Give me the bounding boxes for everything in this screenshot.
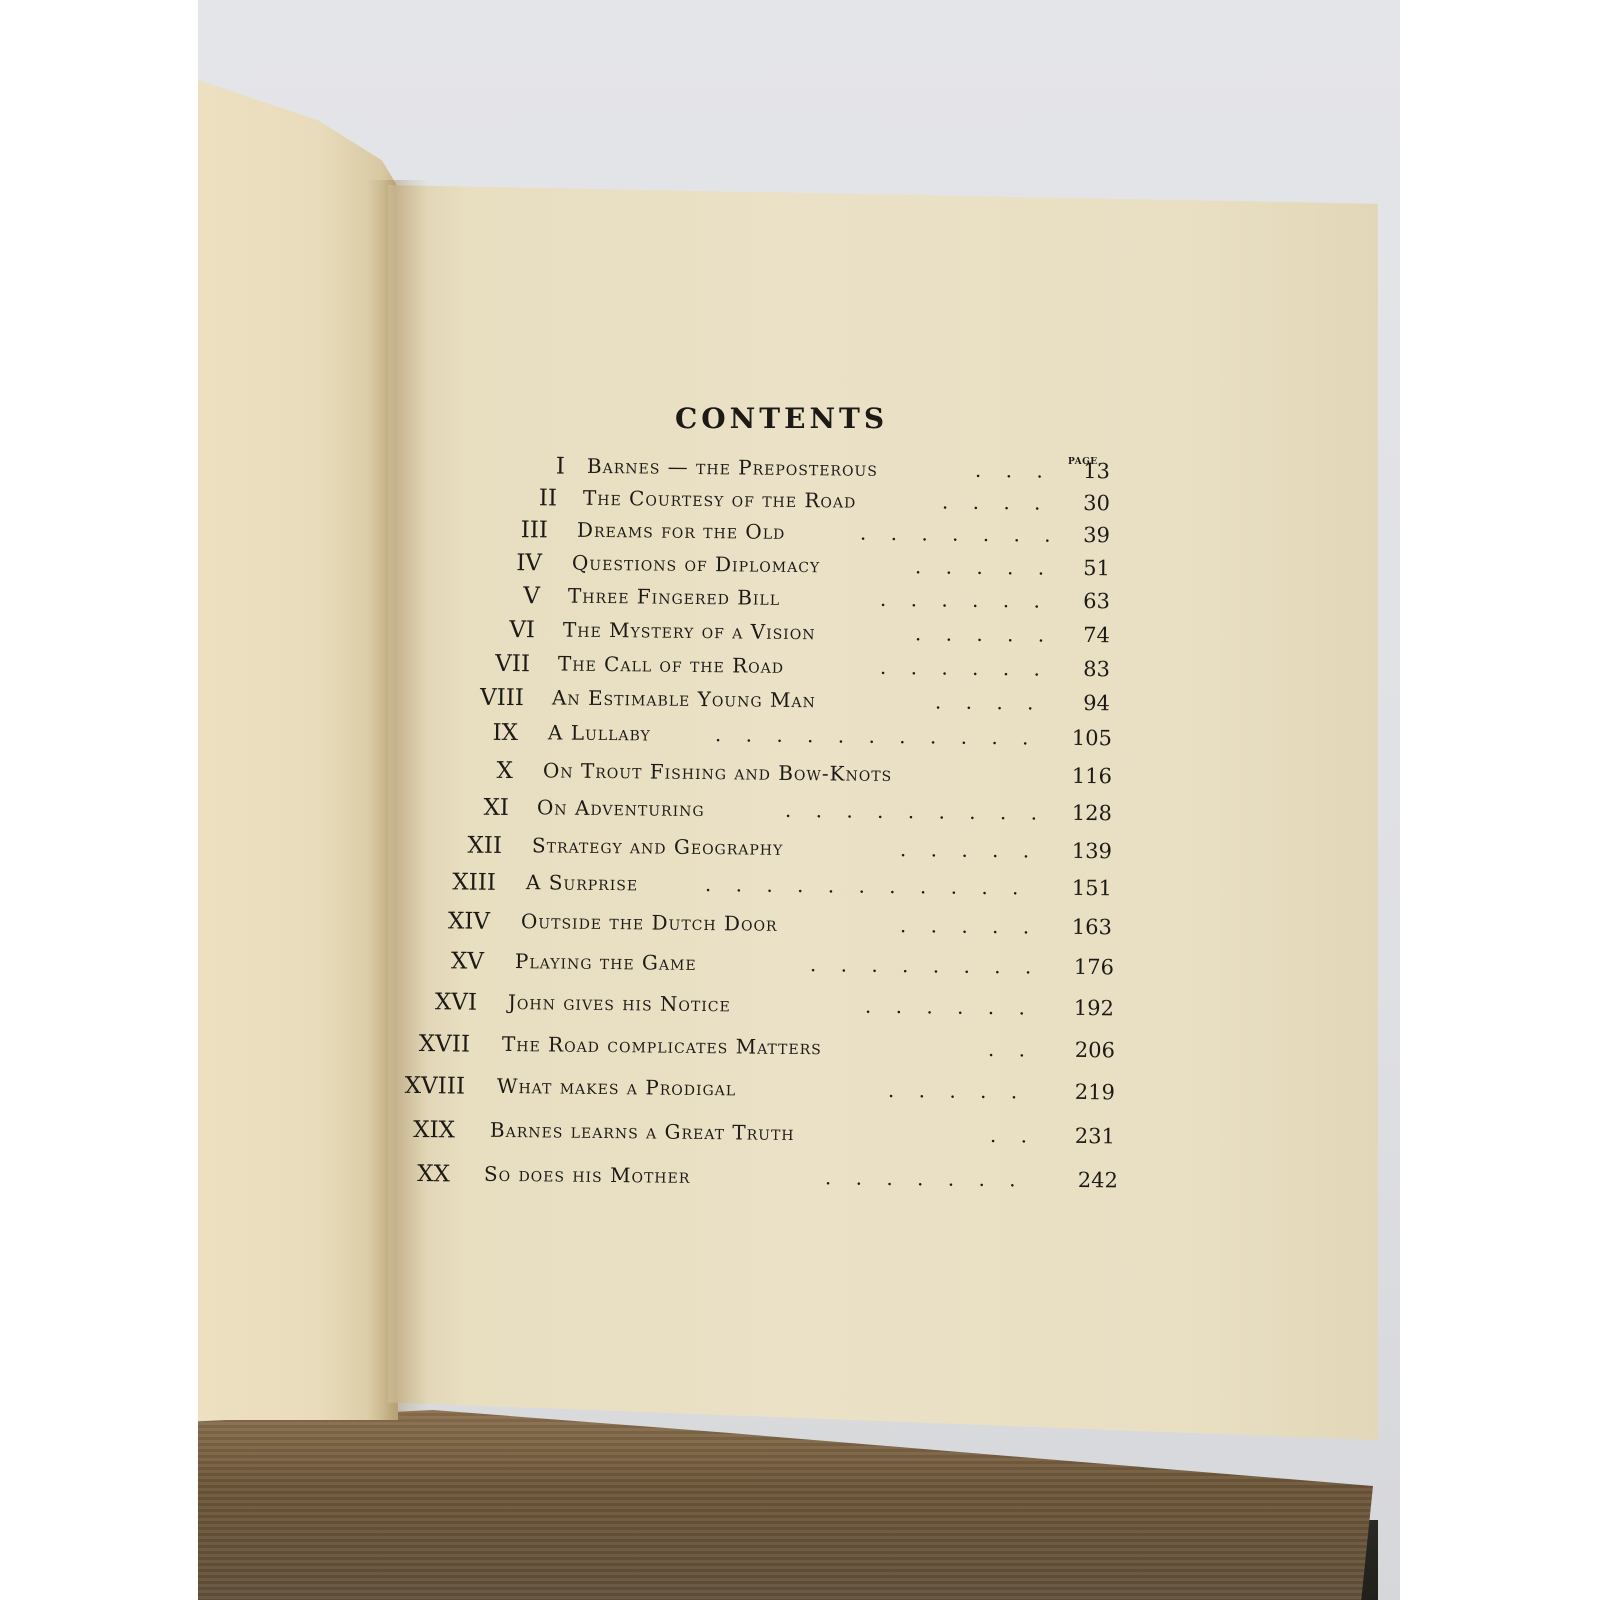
leader-dots: . . . . . . <box>880 655 1049 681</box>
chapter-numeral: XIX <box>345 1116 455 1143</box>
leader-dots: . . . . . . . <box>825 1165 1025 1191</box>
chapter-numeral: VI <box>425 616 535 643</box>
page-number: 151 <box>1052 876 1112 901</box>
page-number: 39 <box>1050 523 1110 548</box>
leader-dots: . . <box>988 1037 1034 1061</box>
chapter-title: Barnes — the Preposterous <box>587 454 878 481</box>
leader-dots: . . . . . . . . . . . <box>715 722 1038 749</box>
chapter-title: A Lullaby <box>548 720 651 745</box>
page-number: 139 <box>1052 839 1112 864</box>
chapter-numeral: XVI <box>367 989 477 1016</box>
chapter-title: Strategy and Geography <box>532 833 784 860</box>
chapter-title: Playing the Game <box>515 949 697 975</box>
contents-heading: CONTENTS <box>675 402 888 435</box>
toc-entry: XVIJohn gives his Notice. . . . . .192 <box>0 985 1600 1032</box>
toc-entry: XIXBarnes learns a Great Truth. .231 <box>0 1113 1600 1160</box>
page-number: 83 <box>1050 657 1110 682</box>
page-number: 192 <box>1054 996 1114 1021</box>
leader-dots: . . . . . <box>900 913 1038 938</box>
chapter-title: The Courtesy of the Road <box>583 486 857 513</box>
page-number: 63 <box>1050 589 1110 614</box>
chapter-numeral: IV <box>432 549 542 576</box>
leader-dots: . . . . . . . . . <box>785 798 1046 825</box>
page-number: 105 <box>1052 726 1112 751</box>
leader-dots: . . . . . . . . . . . <box>705 872 1028 899</box>
toc-entry: XVPlaying the Game. . . . . . . .176 <box>0 944 1600 991</box>
chapter-title: Questions of Diplomacy <box>572 551 821 578</box>
chapter-numeral: XX <box>340 1160 450 1187</box>
leader-dots: . . . . . <box>888 1078 1026 1103</box>
toc-entry: XVIIThe Road complicates Matters. .206 <box>0 1027 1600 1074</box>
leader-dots: . . . . . . . . <box>810 952 1041 978</box>
chapter-title: On Adventuring <box>537 795 705 821</box>
chapter-numeral: XI <box>399 794 509 821</box>
chapter-numeral: VII <box>420 650 530 677</box>
leader-dots: . . . . <box>935 689 1043 714</box>
chapter-title: Dreams for the Old <box>577 518 786 544</box>
page-number: 94 <box>1050 691 1110 716</box>
leader-dots: . . . . . <box>900 837 1038 862</box>
chapter-title: So does his Mother <box>484 1162 691 1188</box>
chapter-numeral: XV <box>374 948 484 975</box>
leader-dots: . . . . . . <box>865 994 1034 1020</box>
leader-dots: . . . . . . . <box>860 521 1060 547</box>
page-number: 116 <box>1052 764 1112 789</box>
page-number: 128 <box>1052 801 1112 826</box>
page-number: 51 <box>1050 556 1110 581</box>
leader-dots: . . . . . . <box>880 587 1049 613</box>
page-number: 219 <box>1055 1080 1115 1105</box>
chapter-title: An Estimable Young Man <box>552 685 816 712</box>
leader-dots: . . . . . <box>915 554 1053 579</box>
chapter-title: The Mystery of a Vision <box>563 618 816 645</box>
chapter-numeral: XII <box>392 832 502 859</box>
leader-dots: . . . <box>975 458 1052 483</box>
chapter-numeral: XIII <box>386 869 496 896</box>
chapter-title: Barnes learns a Great Truth <box>490 1118 795 1145</box>
chapter-title: A Surprise <box>526 870 638 895</box>
chapter-numeral: XIV <box>380 908 490 935</box>
chapter-numeral: XVII <box>360 1030 470 1057</box>
page-number: 163 <box>1052 915 1112 940</box>
toc-entry: XVIIIWhat makes a Prodigal. . . . .219 <box>0 1069 1600 1116</box>
leader-dots: . . . . <box>942 490 1050 515</box>
chapter-title: The Road complicates Matters <box>502 1032 822 1059</box>
chapter-numeral: II <box>447 484 557 511</box>
page-number: 13 <box>1050 459 1110 484</box>
chapter-numeral: X <box>403 757 513 784</box>
chapter-title: Outside the Dutch Door <box>521 909 778 936</box>
table-of-contents: CONTENTS PAGE IBarnes — the Preposterous… <box>0 0 1600 1600</box>
page-number: 206 <box>1055 1038 1115 1063</box>
chapter-numeral: III <box>438 516 548 543</box>
chapter-title: The Call of the Road <box>558 652 784 678</box>
chapter-numeral: I <box>455 452 565 479</box>
chapter-numeral: V <box>430 582 540 609</box>
leader-dots: . . . . . <box>915 621 1053 646</box>
leader-dots: . . <box>990 1123 1036 1147</box>
chapter-numeral: VIII <box>414 684 524 711</box>
chapter-title: John gives his Notice <box>508 990 731 1016</box>
chapter-title: What makes a Prodigal <box>497 1074 736 1101</box>
toc-entry: XXSo does his Mother. . . . . . .242 <box>0 1157 1600 1204</box>
chapter-title: Three Fingered Bill <box>568 584 780 610</box>
chapter-numeral: XVIII <box>355 1072 465 1099</box>
chapter-title: On Trout Fishing and Bow-Knots <box>543 758 892 786</box>
page-number: 242 <box>1058 1168 1118 1193</box>
toc-entry: XIVOutside the Dutch Door. . . . .163 <box>0 904 1600 951</box>
page-number: 30 <box>1050 491 1110 516</box>
page-number: 176 <box>1054 955 1114 980</box>
page-number: 231 <box>1055 1124 1115 1149</box>
chapter-numeral: IX <box>408 719 518 746</box>
page-number: 74 <box>1050 623 1110 648</box>
